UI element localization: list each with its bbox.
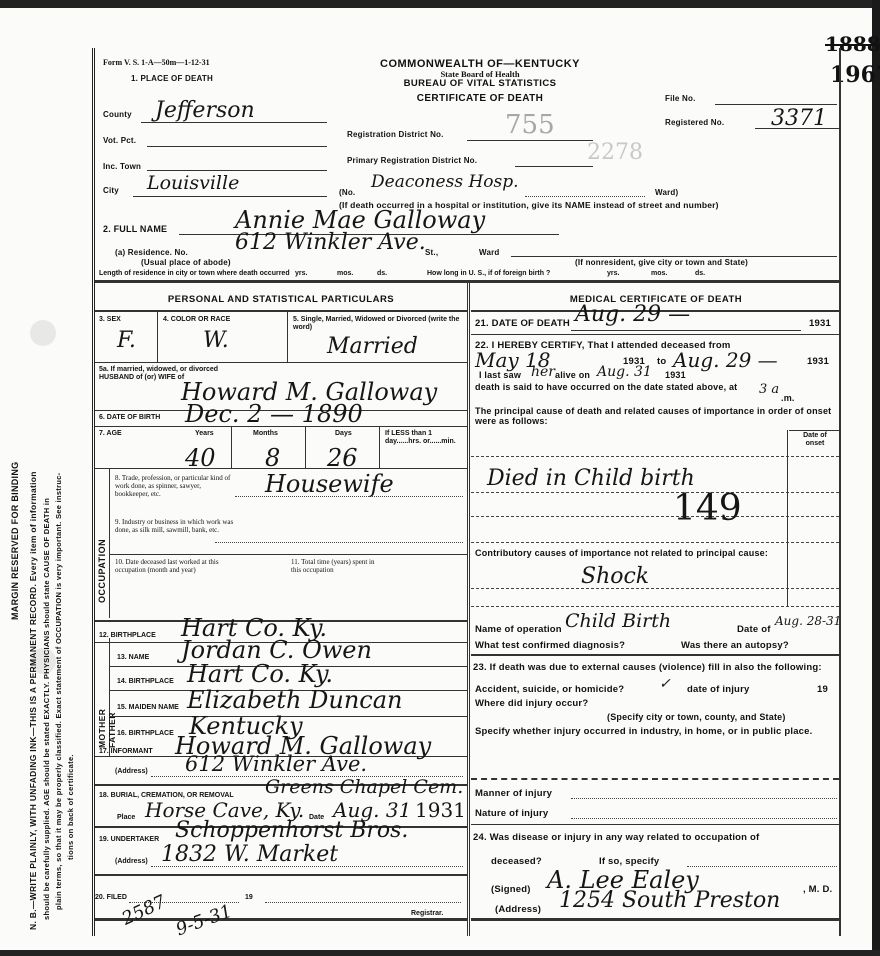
operation-value: Child Birth [565, 610, 671, 632]
sex-color-divider [157, 310, 158, 362]
cause-line-6 [471, 606, 839, 607]
parents-side-label: MOTHER FATHER [97, 709, 117, 748]
age-months-label: Months [253, 430, 278, 438]
operation-date-value: Aug. 28-31 [775, 614, 841, 628]
principal-causes-label: The principal cause of death and related… [475, 406, 835, 426]
column-divider [467, 282, 470, 936]
residence-value: 612 Winkler Ave. [235, 230, 426, 255]
color-marital-divider [287, 310, 288, 362]
binding-label: MARGIN RESERVED FOR BINDING [10, 462, 20, 620]
date-of-death-label: 21. DATE OF DEATH [475, 318, 570, 329]
date-of-death-value: Aug. 29 — [575, 302, 690, 327]
foreign-yrs: yrs. [607, 270, 619, 278]
alive-on-label: alive on [555, 370, 590, 380]
burial-value: Greens Chapel Cem. [265, 776, 463, 798]
rule-after-age [95, 468, 467, 469]
nature-line [571, 818, 837, 819]
street-no-label: (No. [339, 188, 355, 197]
last-saw-label: I last saw [479, 370, 521, 380]
last-worked-label: 10. Date deceased last worked at this oc… [115, 558, 225, 574]
length-yrs: yrs. [295, 270, 307, 278]
registration-district-value: 755 [505, 110, 555, 140]
instructions-line-4: tions on back of certificate. [66, 754, 75, 860]
age-days-label: Days [335, 430, 352, 438]
attended-to-year: 1931 [807, 356, 829, 367]
cause-line-2 [471, 492, 839, 493]
sex-label: 3. SEX [99, 316, 121, 324]
cause-line-4 [471, 542, 839, 543]
undertaker-label: 19. UNDERTAKER [99, 836, 159, 844]
death-said-occurred-label: death is said to have occurred on the da… [475, 382, 835, 393]
mother-maiden-value: Elizabeth Duncan [187, 686, 402, 714]
ward-dotted-line [525, 196, 645, 197]
date-of-birth-value: Dec. 2 — 1890 [185, 400, 363, 428]
death-time-value: 3 a [759, 382, 779, 397]
signed-label: (Signed) [491, 884, 531, 895]
trade-value: Housewife [265, 470, 394, 498]
age-divider-3 [379, 426, 380, 468]
sex-value: F. [117, 328, 136, 353]
undertaker-address-value: 1832 W. Market [161, 842, 338, 867]
age-years-label: Years [195, 430, 214, 438]
filed-label: 20. FILED [95, 894, 127, 902]
instructions-line-1: N. B.—WRITE PLAINLY, WITH UNFADING INK—T… [28, 471, 38, 930]
death-time-suffix: .m. [781, 393, 795, 403]
struck-stamp-number: 18885 [825, 32, 880, 56]
informant-address-label: (Address) [115, 768, 148, 776]
age-divider-2 [305, 426, 306, 468]
foreign-birth-label: How long in U. S., if of foreign birth ? [427, 270, 550, 278]
informant-label: 17. INFORMANT [99, 748, 153, 756]
color-race-value: W. [203, 328, 229, 353]
age-label: 7. AGE [99, 430, 122, 438]
right-border [839, 48, 841, 936]
burial-year-value: 1931 [415, 798, 466, 822]
inc-town-line [147, 170, 327, 171]
hospital-value: Deaconess Hosp. [371, 172, 519, 192]
where-injury-label: Where did injury occur? [475, 698, 588, 709]
place-of-death-label: 1. PLACE OF DEATH [131, 74, 213, 83]
file-no-label: File No. [665, 94, 696, 103]
city-line [133, 196, 327, 197]
signer-address-label: (Address) [495, 904, 541, 915]
registered-no-value: 3371 [771, 106, 827, 131]
residence-label: (a) Residence. No. [115, 248, 188, 257]
signer-address-value: 1254 South Preston [559, 888, 780, 913]
occupation-block: OCCUPATION [95, 468, 110, 618]
manner-of-injury-label: Manner of injury [475, 788, 552, 799]
if-so-line [687, 866, 837, 867]
rule-after-date-of-death [471, 334, 839, 335]
rule-after-operation [471, 654, 839, 656]
county-label: County [103, 110, 132, 119]
injury-date-label: date of injury [687, 684, 749, 695]
length-residence-label: Length of residence in city or town wher… [99, 270, 290, 278]
city-value: Louisville [147, 172, 239, 194]
marital-status-value: Married [327, 334, 418, 359]
total-time-label: 11. Total time (years) spent in this occ… [291, 558, 381, 574]
binding-margin: MARGIN RESERVED FOR BINDING N. B.—WRITE … [0, 120, 88, 940]
onset-header-rule [789, 430, 839, 431]
undertaker-address-label: (Address) [115, 858, 148, 866]
ward-label: Ward) [655, 188, 678, 197]
primary-registration-label: Primary Registration District No. [347, 156, 477, 165]
last-saw-date: Aug. 31 [597, 364, 652, 380]
age-divider-1 [231, 426, 232, 468]
attended-to-value: Aug. 29 — [673, 348, 778, 372]
scan-right-edge [872, 0, 880, 956]
last-saw-year: 1931 [665, 370, 686, 380]
mother-birthplace-label: 16. BIRTHPLACE [117, 730, 174, 738]
primary-registration-value: 2278 [587, 140, 643, 165]
full-name-label: 2. FULL NAME [103, 224, 167, 234]
specify-city-note: (Specify city or town, county, and State… [607, 712, 786, 722]
registrar-label: Registrar. [411, 910, 443, 918]
attended-to-label: to [657, 356, 666, 367]
less-than-day-label: If LESS than 1 day......hrs. or......min… [385, 430, 465, 446]
date-of-birth-label: 6. DATE OF BIRTH [99, 414, 160, 422]
filed-year-label: 19 [245, 894, 253, 902]
foreign-mos: mos. [651, 270, 667, 278]
residence-ward-label: Ward [479, 248, 500, 257]
cause-line-1 [471, 456, 839, 457]
external-causes-label: 23. If death was due to external causes … [473, 662, 822, 673]
injury-year-label: 19 [817, 684, 828, 695]
mother-maiden-label: 15. MAIDEN NAME [117, 704, 179, 712]
deceased-label: deceased? [491, 856, 542, 867]
undertaker-value: Schoppenhorst Bros. [175, 818, 408, 843]
residence-ward-line [511, 256, 837, 257]
filed-date-value: 9-5-31 [173, 901, 235, 941]
nature-of-injury-label: Nature of injury [475, 808, 548, 819]
registered-no-label: Registered No. [665, 118, 724, 127]
inc-town-label: Inc. Town [103, 162, 141, 171]
test-confirmed-label: What test confirmed diagnosis? [475, 640, 625, 651]
informant-address-value: 612 Winkler Ave. [185, 752, 367, 776]
father-name-label: 13. NAME [117, 654, 149, 662]
industry-home-label: Specify whether injury occurred in indus… [475, 726, 839, 737]
industry-dotted-line [215, 542, 463, 543]
last-saw-pronoun: her [531, 364, 555, 380]
scan-top-edge [0, 0, 880, 8]
autopsy-label: Was there an autopsy? [681, 640, 789, 651]
nonresident-note: (If nonresident, give city or town and S… [575, 258, 748, 267]
accident-label: Accident, suicide, or homicide? [475, 684, 624, 695]
trade-label: 8. Trade, profession, or particular kind… [115, 474, 235, 498]
header-certificate-title: CERTIFICATE OF DEATH [350, 93, 610, 104]
rule-occupation-inner [109, 554, 467, 555]
operation-label: Name of operation [475, 624, 562, 635]
parents-block: MOTHER FATHER [95, 638, 110, 756]
burial-place-label: Place [117, 814, 135, 822]
header-bureau: BUREAU OF VITAL STATISTICS [350, 79, 610, 89]
length-ds: ds. [377, 270, 387, 278]
cause-line-3 [471, 516, 839, 517]
color-race-label: 4. COLOR OR RACE [163, 316, 230, 324]
length-mos: mos. [337, 270, 353, 278]
rule-after-undertaker [95, 874, 467, 876]
foreign-ds: ds. [695, 270, 705, 278]
registration-district-label: Registration District No. [347, 130, 444, 139]
marital-status-label: 5. Single, Married, Widowed or Divorced … [293, 316, 463, 332]
cause-line-1-value: Died in Child birth [487, 466, 695, 491]
operation-date-label: Date of [737, 624, 771, 635]
personal-title-rule [95, 310, 467, 312]
scan-bottom-edge [0, 950, 880, 956]
occupation-related-label: 24. Was disease or injury in any way rel… [473, 832, 759, 843]
manner-line [571, 798, 837, 799]
date-of-death-line [571, 330, 801, 331]
occupation-side-label: OCCUPATION [97, 539, 107, 603]
industry-label: 9. Industry or business in which work wa… [115, 518, 235, 534]
residence-sublabel: (Usual place of abode) [141, 258, 231, 267]
vot-pct-line [147, 146, 327, 147]
cause-code-value: 149 [673, 488, 742, 529]
file-no-line [715, 104, 837, 105]
accident-value: ✓ [659, 676, 671, 692]
date-of-death-year: 1931 [809, 318, 831, 329]
residence-st-label: St., [425, 248, 438, 257]
county-value: Jefferson [155, 98, 255, 123]
file-stamp-number: 19678 [830, 62, 880, 88]
contributory-cause-value: Shock [581, 564, 649, 589]
contributory-causes-label: Contributory causes of importance not re… [475, 548, 775, 558]
certificate-form: Form V. S. 1-A—50m—1-12-31 1. PLACE OF D… [92, 48, 841, 936]
vot-pct-label: Vot. Pct. [103, 136, 136, 145]
city-label: City [103, 186, 119, 195]
cause-line-5 [471, 588, 839, 589]
certificate-header: COMMONWEALTH OF—KENTUCKY State Board of … [350, 58, 610, 104]
personal-section-title: PERSONAL AND STATISTICAL PARTICULARS [95, 294, 467, 305]
registration-district-line [467, 140, 593, 141]
rule-after-nature [471, 824, 839, 825]
primary-registration-line [515, 166, 593, 167]
registrar-dotted-line [265, 902, 461, 903]
form-number: Form V. S. 1-A—50m—1-12-31 [103, 58, 210, 67]
md-label: , M. D. [803, 884, 832, 895]
instructions-line-2: should be carefully supplied. AGE should… [42, 498, 51, 920]
punch-hole-top [30, 320, 56, 346]
rule-before-manner [471, 778, 839, 780]
instructions-line-3: plain terms, so that it may be properly … [54, 473, 63, 910]
rule-after-dob [95, 426, 467, 427]
rule-after-sex [95, 362, 467, 363]
rule-bottom-right [471, 918, 839, 921]
date-of-onset-label: Date of onset [795, 432, 835, 448]
father-birthplace-value: Hart Co. Ky. [187, 660, 333, 688]
father-birthplace-label: 14. BIRTHPLACE [117, 678, 174, 686]
